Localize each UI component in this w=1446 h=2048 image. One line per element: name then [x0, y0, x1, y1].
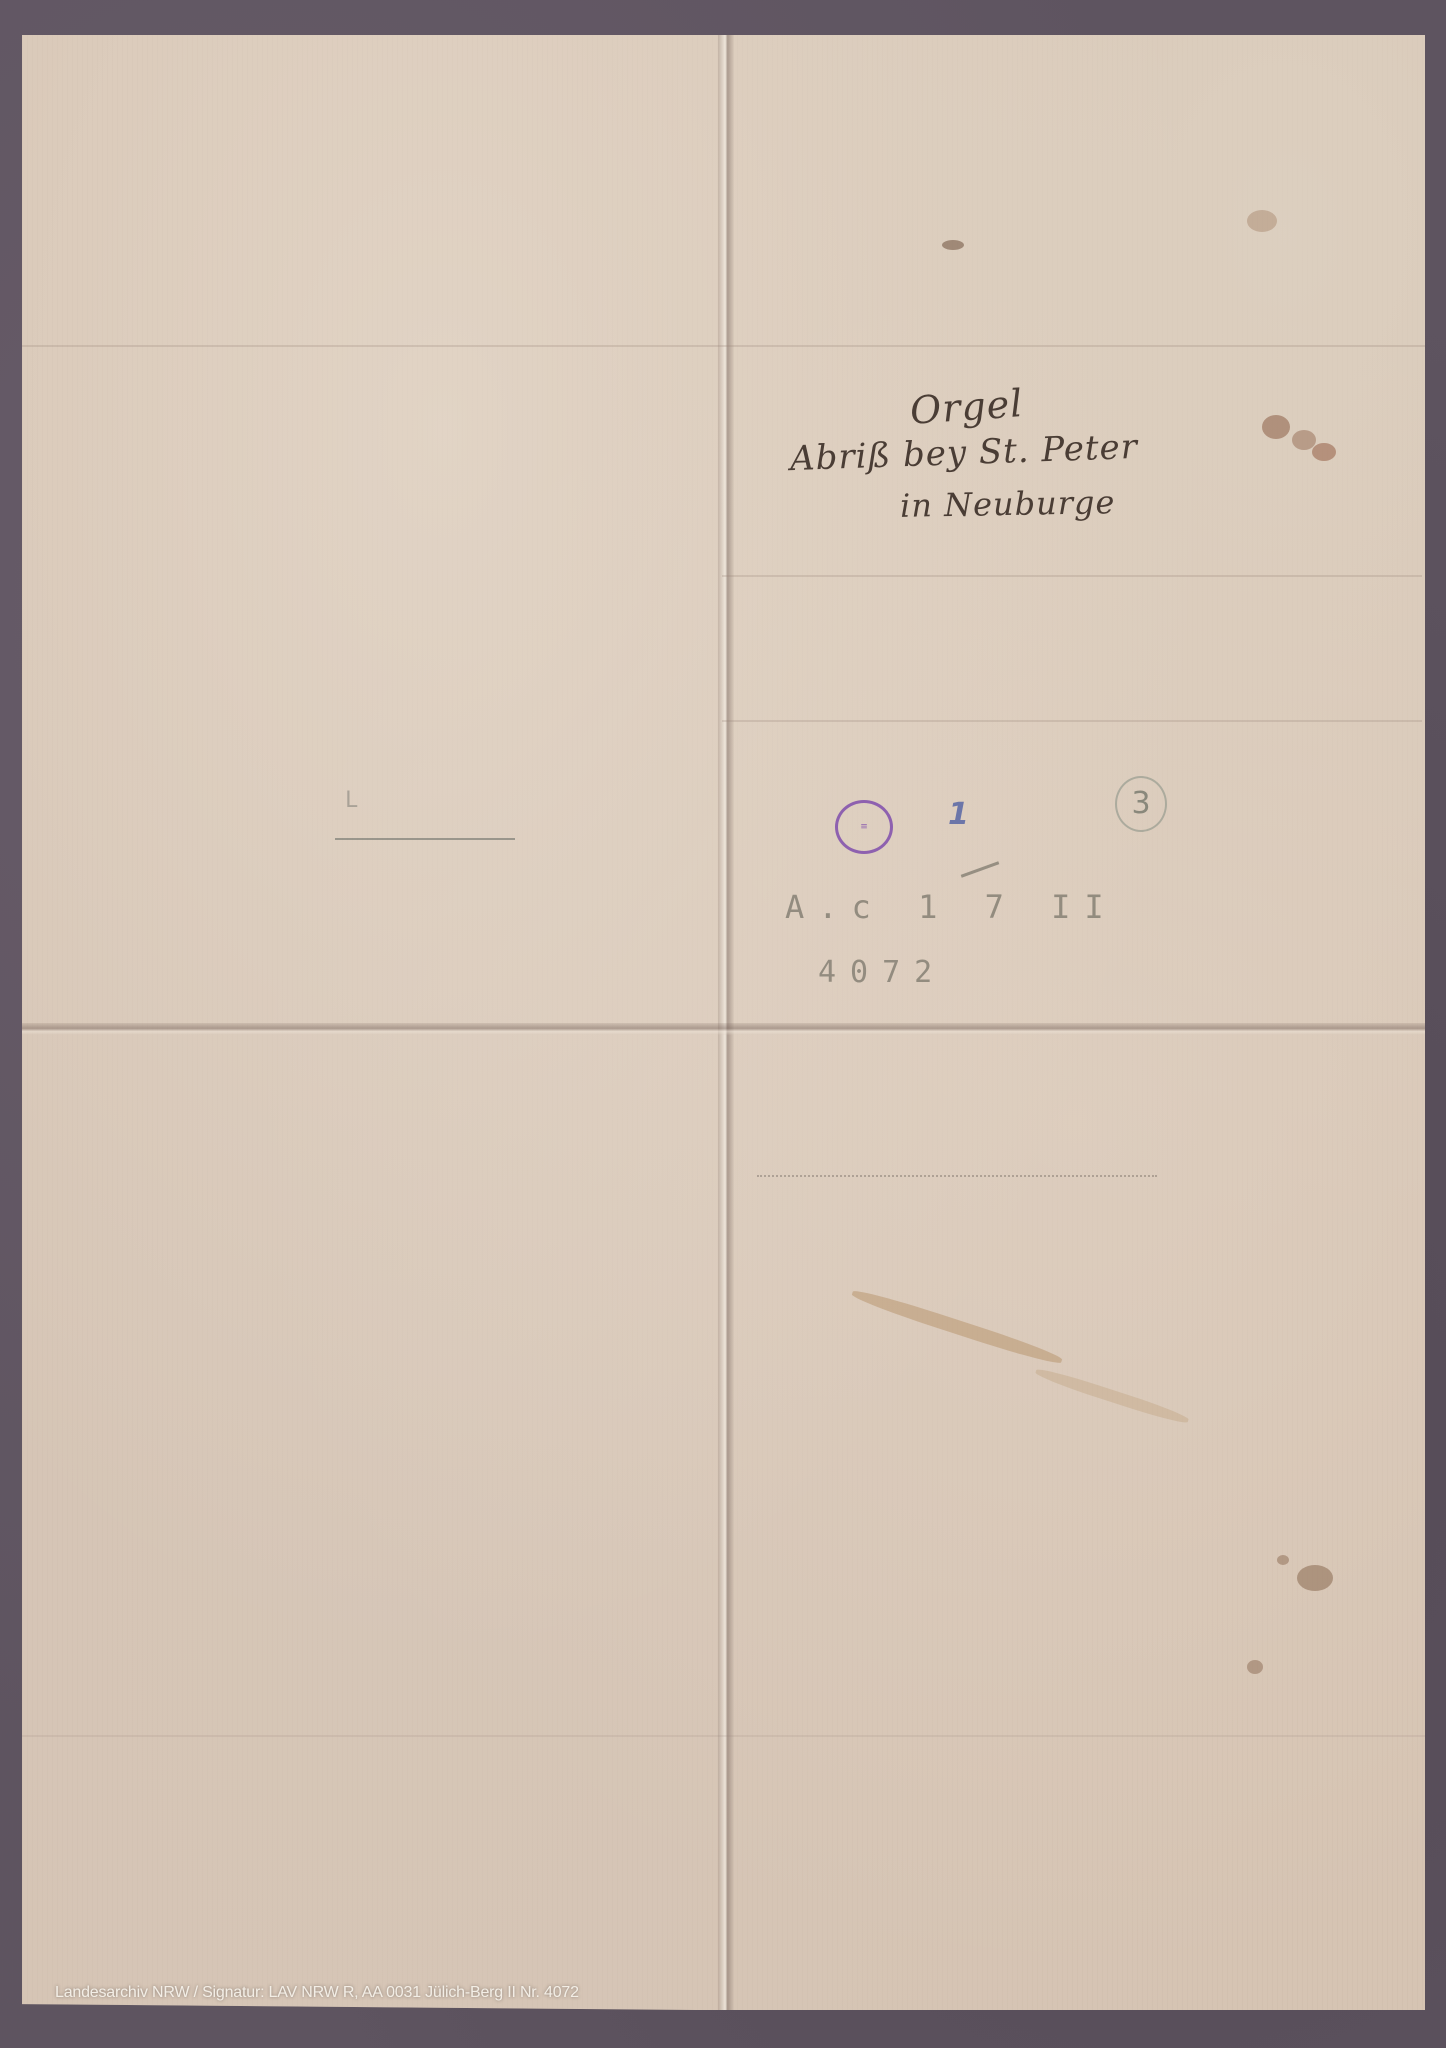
- stain: [1262, 415, 1290, 439]
- circled-pencil-number: 3: [1115, 776, 1167, 832]
- pencil-archive-number: 4072: [818, 955, 946, 990]
- pencil-signature: A.c 1 7 II: [785, 888, 1118, 926]
- crease: [722, 575, 1422, 577]
- handwriting-line-3: in Neuburge: [900, 483, 1116, 525]
- stain: [850, 1286, 1064, 1367]
- archive-caption: Landesarchiv NRW / Signatur: LAV NRW R, …: [55, 1984, 579, 2002]
- handwriting-line-2: Abriß bey St. Peter: [789, 427, 1138, 479]
- dotted-line: [757, 1175, 1157, 1177]
- handwriting-line-1: Orgel: [909, 381, 1025, 433]
- horizontal-fold: [22, 1023, 1425, 1035]
- stain: [1247, 1660, 1263, 1674]
- pencil-underline: [335, 838, 515, 840]
- crease: [22, 345, 1425, 347]
- handwritten-endorsement: Orgel Abriß bey St. Peter in Neuburge: [790, 385, 1210, 545]
- blue-pencil-number: 1: [948, 797, 969, 832]
- stain: [1034, 1366, 1190, 1427]
- crease: [722, 720, 1422, 722]
- stain: [1312, 443, 1336, 461]
- document-sheet: [22, 35, 1425, 2010]
- stain: [1297, 1565, 1333, 1591]
- crease: [22, 1735, 1425, 1737]
- purple-archive-stamp: ≡: [835, 800, 893, 854]
- left-pencil-mark: L: [345, 788, 372, 813]
- stain: [1277, 1555, 1289, 1565]
- stain: [1247, 210, 1277, 232]
- stain: [942, 240, 964, 250]
- stamp-text: ≡: [860, 823, 868, 832]
